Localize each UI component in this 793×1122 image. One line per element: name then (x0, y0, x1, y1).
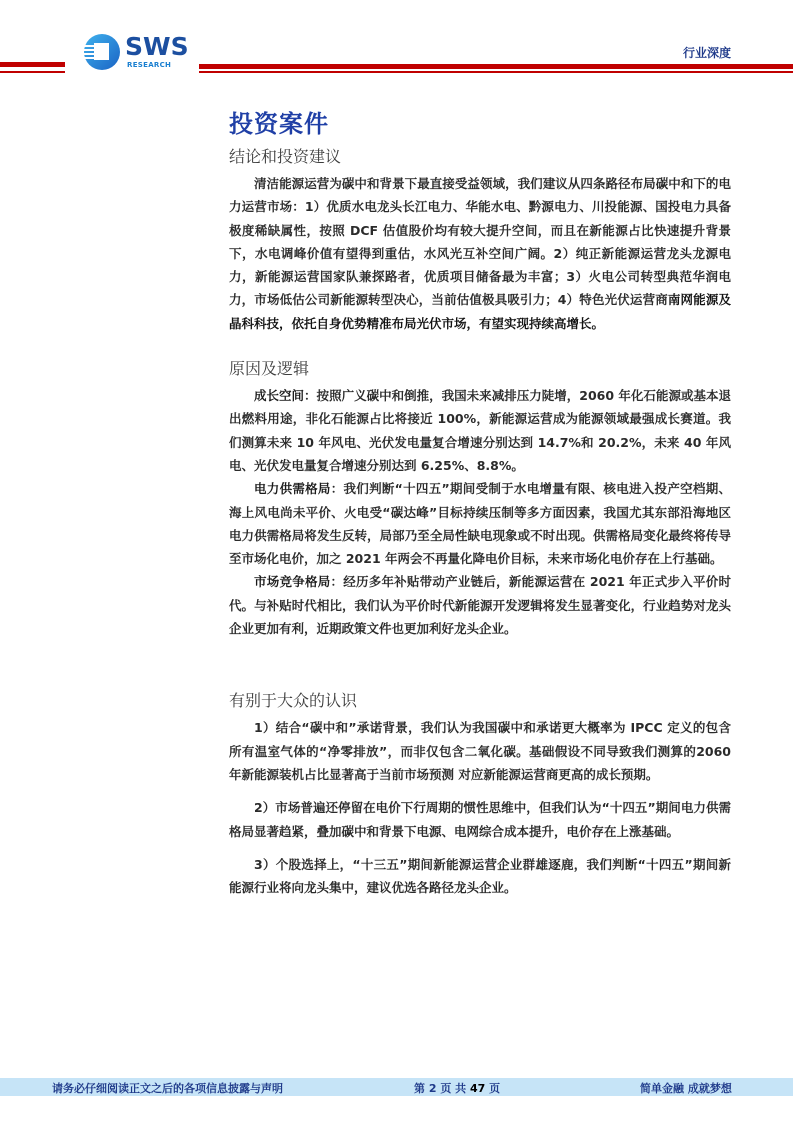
header-rule-right-thin (199, 71, 793, 73)
paragraph-view-3: 3）个股选择上，“十三五”期间新能源运营企业群雄逐鹿，我们判断“十四五”期间新能… (229, 853, 731, 900)
section-title-reasons: 原因及逻辑 (229, 356, 731, 382)
paragraph-lead: 成长空间 (254, 388, 304, 403)
main-content: 投资案件 结论和投资建议 清洁能源运营为碳中和背景下最直接受益领域，我们建议从四… (229, 106, 731, 899)
page-footer: 请务必仔细阅读正文之后的各项信息披露与声明 第 2 页 共 47 页 简单金融 … (0, 1078, 793, 1096)
footer-slogan: 简单金融 成就梦想 (640, 1080, 732, 1096)
page-title: 投资案件 (229, 106, 731, 142)
header-rule-left-thin (0, 71, 65, 73)
paragraph-text: 1）结合“碳中和”承诺背景，我们认为我国碳中和承诺更大概率为 IPCC 定义的包… (229, 720, 731, 782)
paragraph-tail: ，依托自身优势精准布局光伏市场，有望实现持续高增长。 (279, 316, 604, 331)
header-rule-right (199, 64, 793, 69)
footer-disclaimer: 请务必仔细阅读正文之后的各项信息披露与声明 (52, 1080, 283, 1096)
paragraph-view-2: 2）市场普遍还停留在电价下行周期的惯性思维中，但我们认为“十四五”期间电力供需格… (229, 796, 731, 843)
paragraph-supply-demand: 电力供需格局：我们判断“十四五”期间受制于水电增量有限、核电进入投产空档期、海上… (229, 477, 731, 570)
section-title-differentiated-view: 有别于大众的认识 (229, 688, 731, 714)
paragraph-text: 清洁能源运营为碳中和背景下最直接受益领域，我们建议从四条路径布局碳中和下的电力运… (229, 176, 731, 307)
page-prefix: 第 2 页 共 (414, 1082, 470, 1095)
logo-wordmark: SWS (125, 33, 189, 61)
page-total: 47 (470, 1082, 485, 1095)
paragraph-competition: 市场竞争格局：经历多年补贴带动产业链后，新能源运营在 2021 年正式步入平价时… (229, 570, 731, 640)
section-title-conclusion: 结论和投资建议 (229, 144, 731, 170)
document-type-label: 行业深度 (683, 44, 731, 61)
sws-logo: SWS RESEARCH (82, 32, 192, 74)
page-header: SWS RESEARCH 行业深度 (0, 0, 793, 80)
paragraph-text: 3）个股选择上，“十三五”期间新能源运营企业群雄逐鹿，我们判断“十四五”期间新能… (229, 857, 731, 895)
paragraph-text: ：按照广义碳中和倒推，我国未来减排压力陡增，2060 年化石能源或基本退出燃料用… (229, 388, 731, 473)
page-suffix: 页 (485, 1082, 500, 1095)
paragraph-lead: 市场竞争格局 (254, 574, 330, 589)
paragraph-text: 2）市场普遍还停留在电价下行周期的惯性思维中，但我们认为“十四五”期间电力供需格… (229, 800, 731, 838)
page-number: 第 2 页 共 47 页 (414, 1080, 500, 1096)
sws-logo-icon (82, 32, 120, 72)
paragraph-view-1: 1）结合“碳中和”承诺背景，我们认为我国碳中和承诺更大概率为 IPCC 定义的包… (229, 716, 731, 786)
paragraph-growth-space: 成长空间：按照广义碳中和倒推，我国未来减排压力陡增，2060 年化石能源或基本退… (229, 384, 731, 477)
paragraph-conclusion: 清洁能源运营为碳中和背景下最直接受益领域，我们建议从四条路径布局碳中和下的电力运… (229, 172, 731, 335)
logo-subtext: RESEARCH (127, 61, 171, 69)
paragraph-lead: 电力供需格局 (254, 481, 331, 496)
header-rule-left (0, 62, 65, 67)
